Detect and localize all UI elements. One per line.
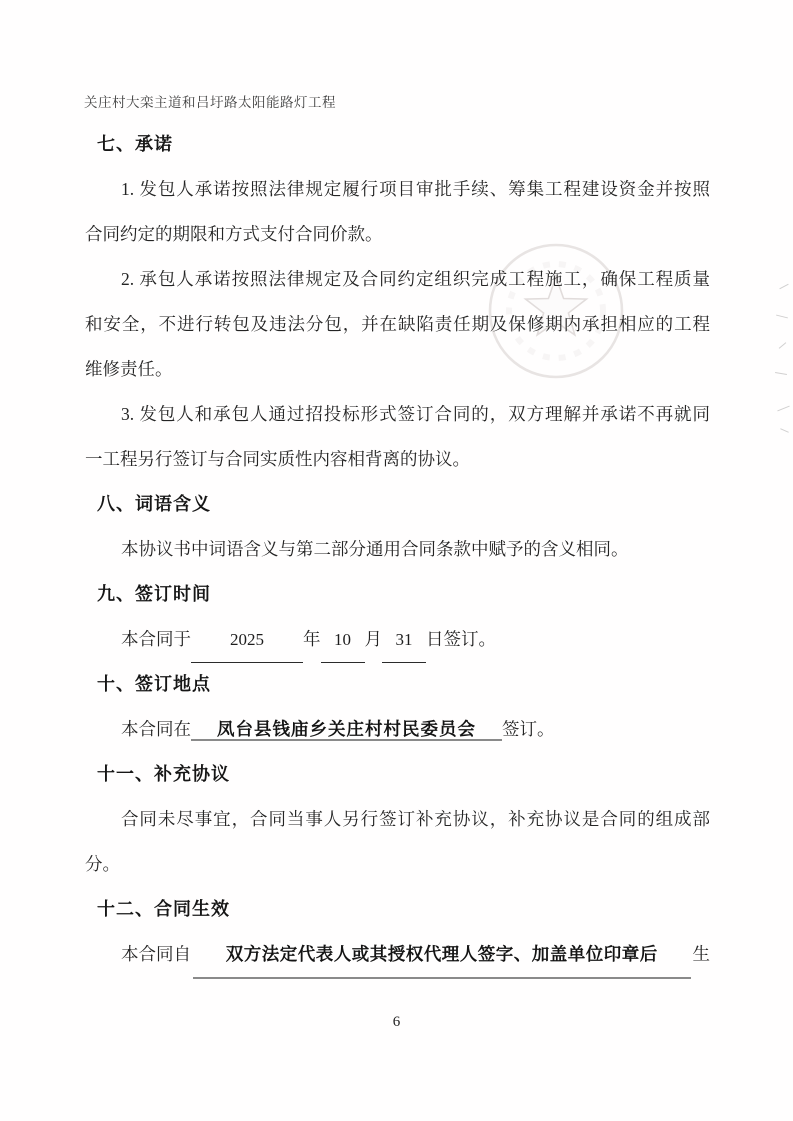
sign-place-prefix: 本合同在 [121, 719, 191, 739]
effective-prefix: 本合同自 [121, 932, 191, 977]
terms-body-line: 本协议书中词语含义与第二部分通用合同条款中赋予的含义相同。 [85, 527, 710, 572]
document-body: 七、承诺 1. 发包人承诺按照法律规定履行项目审批手续、筹集工程建设资金并按照 … [85, 122, 710, 977]
supplement-body-line1: 合同未尽事宜，合同当事人另行签订补充协议，补充协议是合同的组成部 [85, 797, 710, 842]
commitment-item1-line1: 1. 发包人承诺按照法律规定履行项目审批手续、筹集工程建设资金并按照 [85, 167, 710, 212]
commitment-item3-line1: 3. 发包人和承包人通过招投标形式签订合同的，双方理解并承诺不再就同 [85, 392, 710, 437]
commitment-item2-line1: 2. 承包人承诺按照法律规定及合同约定组织完成工程施工，确保工程质量 [85, 257, 710, 302]
sign-month-value: 10 [334, 630, 351, 649]
sign-place-suffix: 签订。 [502, 719, 555, 739]
sign-year-value: 2025 [230, 630, 264, 649]
contract-scan-page: 关庄村大栾主道和吕圩路太阳能路灯工程 七、承诺 1. 发包人承诺按照法律规定履行… [0, 0, 793, 1121]
document-header-title: 关庄村大栾主道和吕圩路太阳能路灯工程 [84, 91, 336, 111]
commitment-item3-line2: 一工程另行签订与合同实质性内容相背离的协议。 [85, 437, 710, 482]
sign-month-label: 月 [365, 629, 383, 649]
section-heading-sign-time: 九、签订时间 [85, 572, 710, 617]
sign-day-suffix: 日签订。 [426, 629, 496, 649]
section-heading-effective: 十二、合同生效 [85, 887, 710, 932]
sign-day-blank: 31 [382, 617, 426, 663]
section-heading-sign-place: 十、签订地点 [85, 662, 710, 707]
commitment-item2-line2: 和安全，不进行转包及违法分包，并在缺陷责任期及保修期内承担相应的工程 [85, 302, 710, 347]
sign-place-line: 本合同在凤台县钱庙乡关庄村村民委员会签订。 [85, 707, 710, 752]
scan-artifact-mark [775, 372, 787, 375]
scan-artifact-mark [779, 342, 787, 349]
commitment-item1-line2: 合同约定的期限和方式支付合同价款。 [85, 212, 710, 257]
scan-artifact-mark [779, 284, 788, 290]
section-heading-commitment: 七、承诺 [85, 122, 710, 167]
sign-day-value: 31 [396, 630, 413, 649]
sign-month-blank: 10 [321, 617, 365, 663]
effective-condition-value: 双方法定代表人或其授权代理人签字、加盖单位印章后 [193, 932, 691, 979]
scan-artifact-mark [780, 428, 789, 433]
sign-date-prefix: 本合同于 [121, 629, 191, 649]
effective-suffix: 生 [693, 932, 711, 977]
scan-artifact-mark [776, 315, 788, 319]
sign-year-blank: 2025 [191, 617, 303, 663]
page-number: 6 [0, 1014, 793, 1031]
sign-year-label: 年 [303, 629, 321, 649]
effective-condition-line: 本合同自双方法定代表人或其授权代理人签字、加盖单位印章后生 [85, 932, 710, 977]
section-heading-supplement: 十一、补充协议 [85, 752, 710, 797]
sign-date-line: 本合同于2025年10月31日签订。 [85, 617, 710, 662]
scan-artifact-mark [777, 406, 789, 412]
supplement-body-line2: 分。 [85, 842, 710, 887]
commitment-item2-line3: 维修责任。 [85, 347, 710, 392]
sign-place-value: 凤台县钱庙乡关庄村村民委员会 [191, 719, 502, 741]
section-heading-terms: 八、词语含义 [85, 482, 710, 527]
